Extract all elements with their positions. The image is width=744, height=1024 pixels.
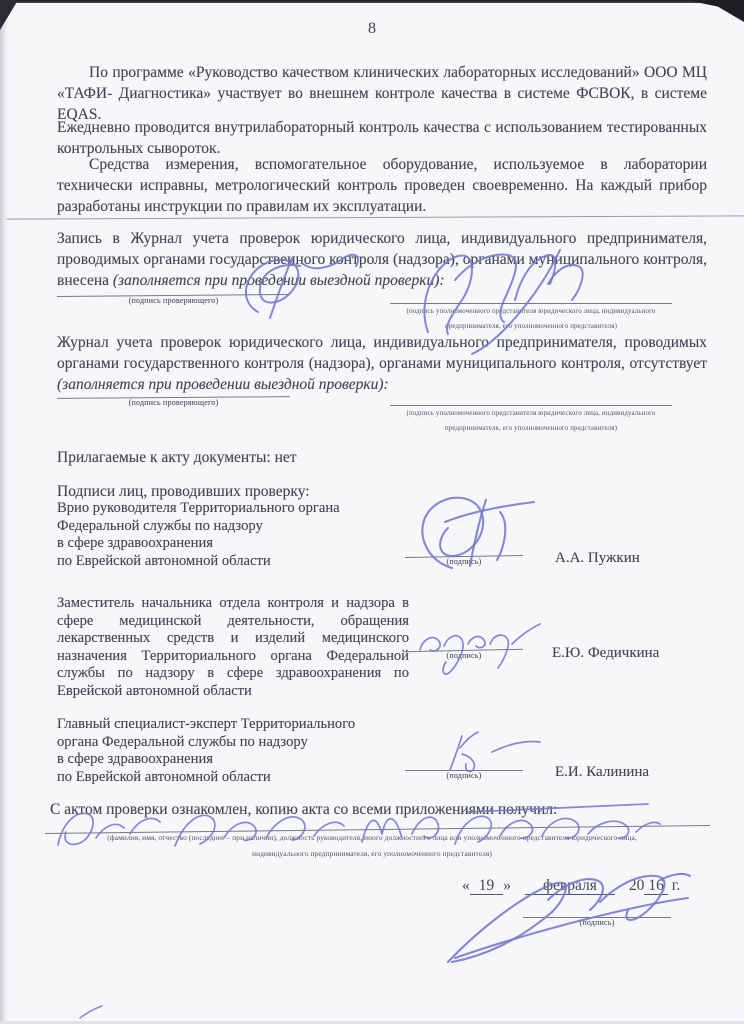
representative-signature-caption-1: (подпись уполномоченного представителя ю…: [390, 304, 672, 319]
officer-3-signature-block: (подпись): [405, 770, 523, 780]
officer-2-name: Е.Ю. Федичкина: [552, 645, 659, 662]
representative-signature-caption-2: предпринимателя, его уполномоченного пре…: [390, 421, 672, 436]
inspector-signature-caption: (подпись проверяющего): [57, 398, 290, 407]
signature-caption: (подпись): [405, 651, 523, 660]
officer-3-name: Е.И. Калинина: [555, 764, 649, 781]
signature-caption: (подпись): [405, 771, 523, 780]
scan-edge-top: [0, 0, 744, 3]
scan-corner-top-right: [686, 0, 744, 22]
bottom-signature-block: (подпись): [523, 917, 671, 927]
paragraph-equipment: Средства измерения, вспомогательное обор…: [57, 154, 707, 217]
representative-signature-caption-1: (подпись уполномоченного представителя ю…: [390, 406, 672, 421]
officer-3-title: Главный специалист-эксперт Территориальн…: [57, 716, 447, 786]
scanned-document-page: 8 По программе «Руководство качеством кл…: [0, 0, 744, 1024]
signature-caption: (подпись): [523, 918, 671, 927]
date-close-quote: »: [503, 877, 511, 894]
date-month: февраля: [525, 877, 615, 895]
date-year: 16: [644, 877, 668, 895]
paragraph-journal-entry: Запись в Журнал учета проверок юридическ…: [57, 228, 707, 291]
ink-mark-bottom-left: [80, 1006, 102, 1018]
representative-signature-block-2: (подпись уполномоченного представителя ю…: [390, 405, 672, 436]
date-row: «19»февраля2016 г.: [462, 877, 680, 895]
scan-edge-left: [0, 0, 8, 1024]
signature-caption: (подпись): [405, 557, 523, 566]
acknowledgement-caption-2: индивидуального предпринимателя, его упо…: [0, 849, 744, 858]
inspector-signature-block-1: (подпись проверяющего): [57, 295, 290, 305]
inspector-signature-block-2: (подпись проверяющего): [57, 397, 290, 407]
officer-1-signature-block: (подпись): [405, 556, 523, 566]
date-day: 19: [470, 877, 504, 895]
date-open-quote: «: [462, 877, 470, 894]
paragraph-quality-program: По программе «Руководство качеством клин…: [57, 62, 707, 125]
representative-signature-block-1: (подпись уполномоченного представителя ю…: [390, 303, 672, 334]
signatories-heading: Подписи лиц, проводивших проверку:: [57, 481, 707, 502]
journal-entry-note: (заполняется при проведении выездной про…: [113, 272, 445, 289]
attachments-statement: Прилагаемые к акту документы: нет: [57, 447, 707, 468]
page-number: 8: [0, 20, 744, 38]
paragraph-journal-absent: Журнал учета проверок юридического лица,…: [57, 332, 707, 395]
acknowledgement-caption-1: (фамилия, имя, отчество (последнее – при…: [0, 833, 744, 842]
date-suffix: г.: [672, 877, 680, 894]
officer-1-title: Врио руководителя Территориального орган…: [57, 500, 447, 570]
date-century: 20: [629, 877, 645, 894]
officer-1-name: А.А. Пужкин: [555, 550, 640, 567]
journal-absent-text: Журнал учета проверок юридического лица,…: [57, 334, 707, 372]
acknowledgement-statement: С актом проверки ознакомлен, копию акта …: [50, 799, 710, 820]
inspector-signature-caption: (подпись проверяющего): [57, 296, 290, 305]
officer-2-title: Заместитель начальника отдела контроля и…: [57, 595, 409, 700]
signature-ink-kalinina: [450, 732, 540, 771]
journal-absent-note: (заполняется при проведении выездной про…: [57, 376, 389, 393]
paragraph-daily-control: Ежедневно проводится внутрилабораторный …: [57, 117, 707, 159]
officer-2-signature-block: (подпись): [405, 650, 523, 660]
